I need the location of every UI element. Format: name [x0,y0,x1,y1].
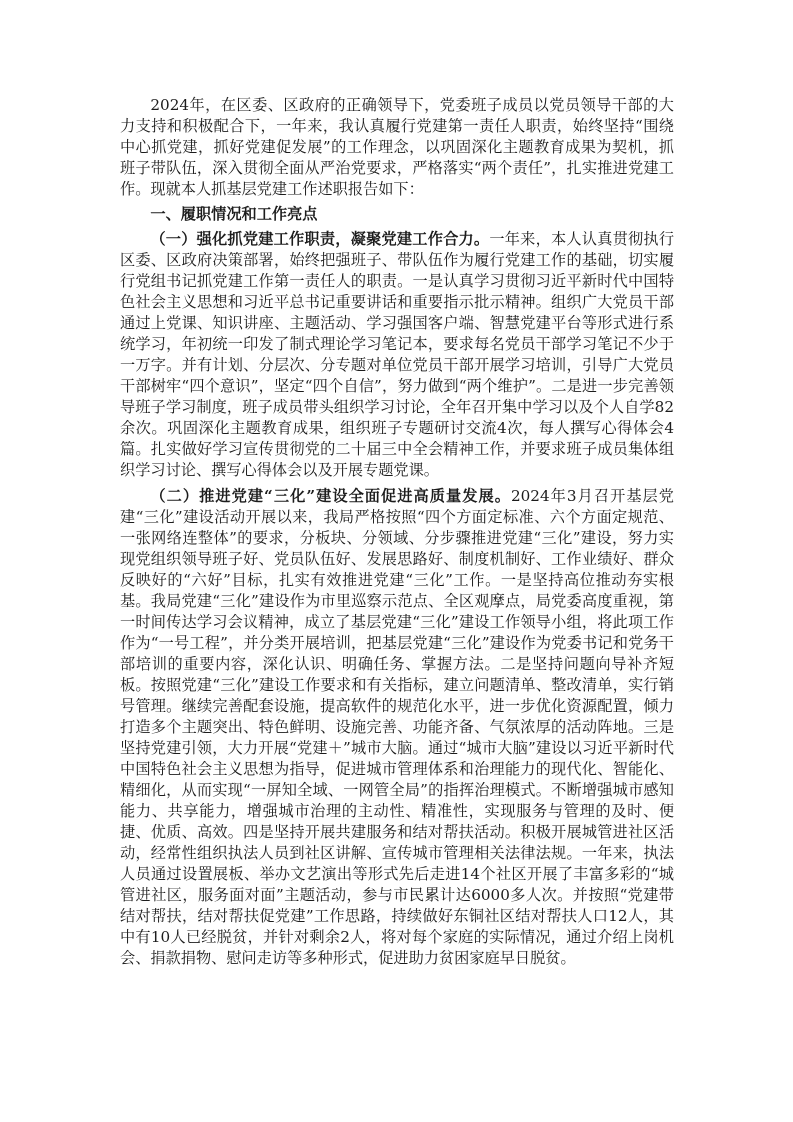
intro-paragraph: 2024年，在区委、区政府的正确领导下，党委班子成员以党员领导干部的大力支持和积… [120,95,674,200]
section-heading: 一、履职情况和工作亮点 [120,204,674,225]
subsection-2-paragraph: （二）推进党建“三化”建设全面促进高质量发展。2024年3月召开基层党建“三化”… [120,486,674,969]
subsection-1-body: 一年来，本人认真贯彻执行区委、区政府决策部署，始终把强班子、带队伍作为履行党建工… [120,230,674,479]
subsection-1-paragraph: （一）强化抓党建工作职责，凝聚党建工作合力。一年来，本人认真贯彻执行区委、区政府… [120,229,674,481]
subsection-2-title: （二）推进党建“三化”建设全面促进高质量发展。 [150,487,511,505]
subsection-1-title: （一）强化抓党建工作职责，凝聚党建工作合力。 [150,230,489,248]
document-page: 2024年，在区委、区政府的正确领导下，党委班子成员以党员领导干部的大力支持和积… [120,95,674,973]
subsection-2-body: 2024年3月召开基层党建“三化”建设活动开展以来，我局严格按照“四个方面定标准… [120,487,674,967]
